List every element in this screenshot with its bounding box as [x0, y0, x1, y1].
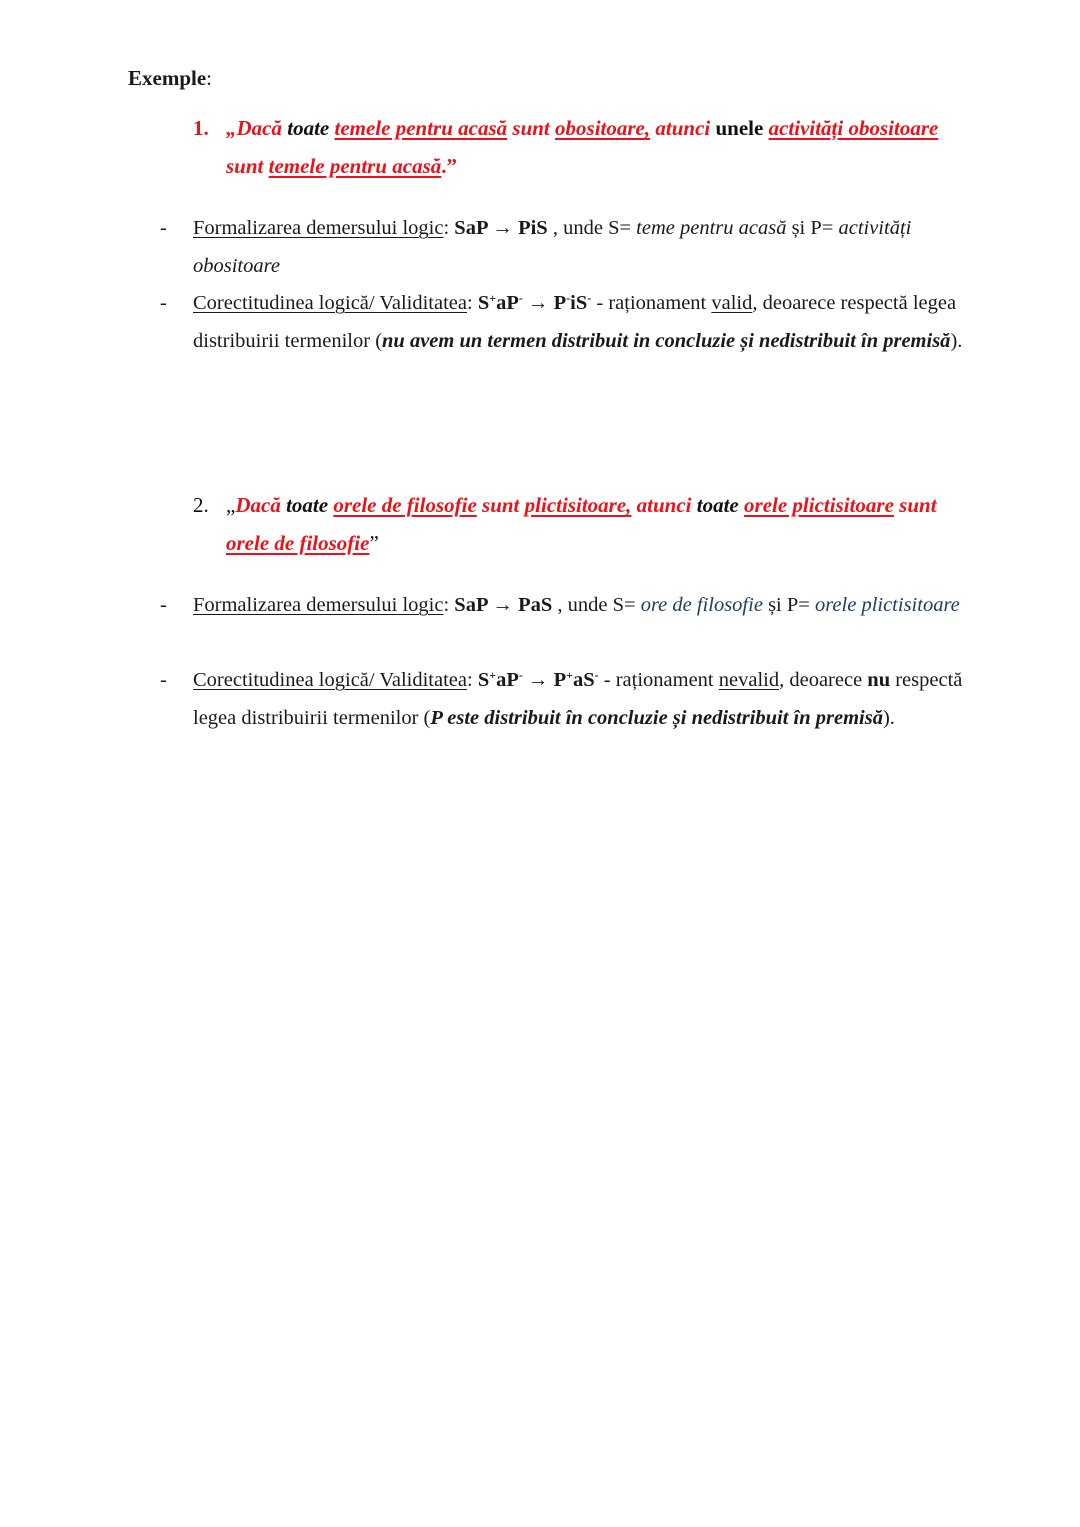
p-term: orele plictisitoare	[815, 594, 960, 616]
term-predicate: orele plictisitoare	[744, 493, 894, 517]
quantifier: unele	[715, 116, 763, 140]
f-part: P	[554, 669, 567, 691]
close-quote: .”	[441, 154, 457, 178]
negation: nu	[867, 669, 890, 691]
colon: :	[467, 292, 473, 314]
term-predicate: obositoare	[555, 116, 645, 140]
f-part: aP	[496, 292, 519, 314]
arrow: →	[523, 669, 554, 691]
text: , unde S=	[553, 217, 631, 239]
text: ).	[883, 707, 895, 729]
heading-colon: :	[206, 66, 212, 90]
distribution-formula: S+aP- → P+aS-	[478, 669, 599, 691]
reason-bold: nu avem un termen distribuit in concluzi…	[382, 330, 950, 352]
close-quote: ”	[369, 531, 378, 555]
term-subject: temele pentru acasă	[269, 154, 442, 178]
text: - raționament	[591, 292, 711, 314]
open-quote: „	[226, 116, 237, 140]
heading-title: Exemple	[128, 66, 206, 90]
term-predicate: activități obositoare	[769, 116, 939, 140]
word: sunt	[512, 116, 549, 140]
s-term: teme pentru acasă	[636, 217, 786, 239]
example-1-validity: - Corectitudinea logică/ Validitatea: S+…	[160, 285, 980, 360]
example-2-formalization: - Formalizarea demersului logic: SaP → P…	[160, 587, 980, 625]
validity-label: Corectitudinea logică/ Validitatea	[193, 669, 467, 691]
colon: :	[443, 217, 449, 239]
comma: ,	[626, 493, 631, 517]
f-part: aP	[496, 669, 519, 691]
validity-label: Corectitudinea logică/ Validitatea	[193, 292, 467, 314]
bullet-dash: -	[160, 285, 180, 323]
bullet-dash: -	[160, 587, 180, 625]
text: , deoarece	[779, 669, 867, 691]
open-quote: „	[226, 493, 235, 517]
term-subject: orele de filosofie	[333, 493, 476, 517]
text: - raționament	[599, 669, 719, 691]
section-heading: Exemple:	[128, 64, 212, 92]
f-part: S	[478, 292, 489, 314]
term-subject: orele de filosofie	[226, 531, 369, 555]
example-1-formalization: - Formalizarea demersului logic: SaP → P…	[160, 210, 980, 285]
word: sunt	[482, 493, 519, 517]
colon: :	[467, 669, 473, 691]
word: Dacă	[235, 493, 281, 517]
formula: SaP → PaS	[454, 594, 552, 616]
bullet-dash: -	[160, 662, 180, 700]
verdict: valid	[711, 292, 752, 314]
text: și P=	[792, 217, 834, 239]
quantifier: toate	[697, 493, 739, 517]
word: atunci	[655, 116, 710, 140]
term-subject: temele pentru acasă	[335, 116, 508, 140]
comma: ,	[645, 116, 650, 140]
example-2-validity: - Corectitudinea logică/ Validitatea: S+…	[160, 662, 980, 737]
s-term: ore de filosofie	[641, 594, 763, 616]
bullet-dash: -	[160, 210, 180, 248]
formalization-label: Formalizarea demersului logic	[193, 217, 443, 239]
word: toate	[287, 116, 329, 140]
word: sunt	[899, 493, 936, 517]
example-1-statement: 1.„Dacă toate temele pentru acasă sunt o…	[193, 110, 983, 185]
example-number: 2.	[193, 487, 226, 525]
formalization-label: Formalizarea demersului logic	[193, 594, 443, 616]
text: ).	[950, 330, 962, 352]
reason-bold: P este distribuit în concluzie și nedist…	[430, 707, 883, 729]
word: atunci	[637, 493, 692, 517]
document-page: Exemple: 1.„Dacă toate temele pentru aca…	[0, 0, 1080, 1527]
verdict: nevalid	[719, 669, 779, 691]
f-sup: +	[566, 668, 573, 682]
word: sunt	[226, 154, 263, 178]
formula: SaP → PiS	[454, 217, 547, 239]
term-predicate: plictisitoare	[525, 493, 627, 517]
text: și P=	[768, 594, 810, 616]
colon: :	[443, 594, 449, 616]
word: Dacă	[237, 116, 283, 140]
f-part: P	[554, 292, 567, 314]
text: , unde S=	[557, 594, 635, 616]
word: toate	[286, 493, 328, 517]
f-part: S	[478, 669, 489, 691]
f-part: aS	[573, 669, 595, 691]
distribution-formula: S+aP- → P-iS-	[478, 292, 591, 314]
f-part: iS	[570, 292, 587, 314]
example-number: 1.	[193, 110, 226, 148]
example-2-statement: 2.„Dacă toate orele de filosofie sunt pl…	[193, 487, 983, 562]
arrow: →	[523, 292, 554, 314]
